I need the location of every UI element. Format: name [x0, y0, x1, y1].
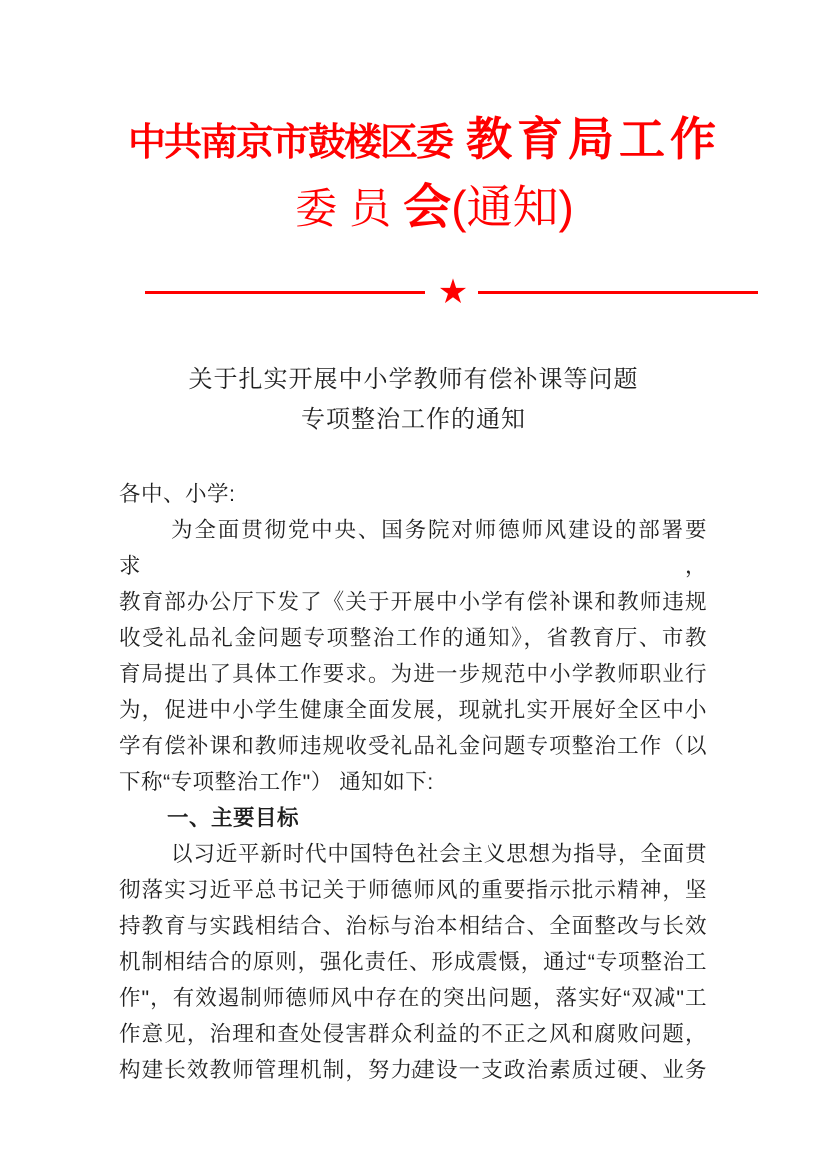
- letterhead-committee-text: 委员: [295, 185, 403, 232]
- salutation: 各中、小学:: [119, 476, 707, 512]
- document-body: 各中、小学: 为全面贯彻党中央、国务院对师德师风建设的部署要求，教育部办公厅下发…: [119, 476, 707, 1088]
- paragraph-2: 以习近平新时代中国特色社会主义思想为指导，全面贯彻落实习近平总书记关于师德师风的…: [119, 836, 707, 1088]
- text-line: 以习近平新时代中国特色社会主义思想为指导，全面贯: [119, 836, 707, 872]
- letterhead-doc-type: (通知): [451, 181, 574, 233]
- document-page: 中共南京市鼓楼区委教育局工作 委员会(通知) ★ 关于扎实开展中小学教师有偿补课…: [0, 0, 827, 1170]
- text-line: 下称“专项整治工作"） 通知如下:: [119, 764, 707, 800]
- text-line: 学有偿补课和教师违规收受礼品礼金问题专项整治工作（以: [119, 728, 707, 764]
- letterhead-line-2: 委员会(通知): [0, 180, 827, 235]
- text-line: 作意见，治理和查处侵害群众利益的不正之风和腐败问题，: [119, 1016, 707, 1052]
- page-number: 1: [0, 1066, 827, 1083]
- document-title-line-1: 关于扎实开展中小学教师有偿补课等问题: [0, 360, 827, 400]
- text-line: 育局提出了具体工作要求。为进一步规范中小学教师职业行: [119, 656, 707, 692]
- text-line: 机制相结合的原则，强化责任、形成震慑，通过“专项整治工: [119, 944, 707, 980]
- letterhead-org-name-continued: 教育局工作: [466, 113, 721, 165]
- paragraph-1: 为全面贯彻党中央、国务院对师德师风建设的部署要求，教育部办公厅下发了《关于开展中…: [119, 512, 707, 800]
- star-icon: ★: [434, 270, 472, 314]
- text-line: 为全面贯彻党中央、国务院对师德师风建设的部署要求，: [119, 512, 707, 584]
- text-line: 教育部办公厅下发了《关于开展中小学有偿补课和教师违规: [119, 584, 707, 620]
- letterhead-committee-text-bold: 会: [403, 181, 451, 234]
- text-line: 收受礼品礼金问题专项整治工作的通知》，省教育厅、市教: [119, 620, 707, 656]
- section-heading-1: 一、主要目标: [119, 800, 707, 836]
- divider-line-right: [478, 291, 758, 294]
- text-line: 彻落实习近平总书记关于师德师风的重要指示批示精神，坚: [119, 872, 707, 908]
- star-divider: ★: [0, 270, 827, 320]
- letterhead-org-name: 中共南京市鼓楼区委: [128, 122, 452, 164]
- document-title-line-2: 专项整治工作的通知: [0, 400, 827, 440]
- text-line: 持教育与实践相结合、治标与治本相结合、全面整改与长效: [119, 908, 707, 944]
- text-line: 为，促进中小学生健康全面发展，现就扎实开展好全区中小: [119, 692, 707, 728]
- text-line: 作"，有效遏制师德师风中存在的突出问题，落实好“双减"工: [119, 980, 707, 1016]
- document-title: 关于扎实开展中小学教师有偿补课等问题 专项整治工作的通知: [0, 360, 827, 440]
- divider-line-left: [145, 291, 425, 294]
- letterhead-line-1: 中共南京市鼓楼区委教育局工作: [0, 114, 827, 165]
